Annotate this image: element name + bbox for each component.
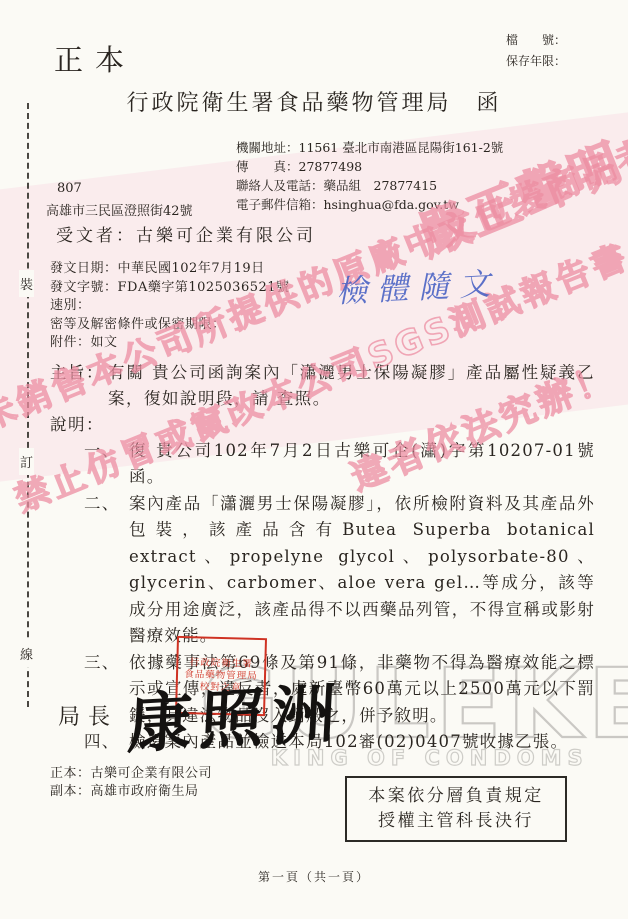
description-item-number: 四、 xyxy=(84,729,129,756)
document-page: GULEKE KING OF CONDOMS 嚴正聲明 未銷售本公司所提供的原廠… xyxy=(0,0,628,919)
binding-margin-line xyxy=(27,103,29,707)
attachment-line: 附件：如文 xyxy=(50,334,595,353)
subject-text: 有關 貴公司函詢案內「瀟灑男士保陽凝膠」產品屬性疑義乙案，復如說明段，請 查照。 xyxy=(108,360,595,412)
director-title-label: 局長 xyxy=(58,700,118,731)
issue-date-line: 發文日期：中華民國102年7月19日 xyxy=(50,260,595,279)
approval-line: 本案依分層負責規定 xyxy=(355,784,557,809)
description-item-number: 一、 xyxy=(84,438,129,491)
agency-contact-line: 聯絡人及電話：藥品組 27877415 xyxy=(236,176,503,195)
document-title: 行政院衛生署食品藥物管理局 函 xyxy=(0,86,628,117)
approval-line: 授權主管科長決行 xyxy=(355,809,557,834)
copy-type-label: 正本 xyxy=(54,38,136,79)
binding-char-ding: 訂 xyxy=(19,448,34,475)
agency-address-line: 機關地址：11561 臺北市南港區昆陽街161-2號 xyxy=(236,138,503,157)
description-item-number: 二、 xyxy=(84,491,129,650)
doc-number-line: 發文字號：FDA藥字第1025036521號 xyxy=(50,279,595,298)
secrecy-line: 密等及解密條件或保密期限： xyxy=(50,316,595,335)
file-number-label: 檔 號： xyxy=(506,30,566,51)
file-number-block: 檔 號： 保存年限： xyxy=(506,30,566,72)
description-item: 二、 案內產品「瀟灑男士保陽凝膠」，依所檢附資料及其產品外包裝，該產品含有But… xyxy=(50,491,595,650)
recipient-zip: 807 xyxy=(57,181,82,196)
approval-delegation-box: 本案依分層負責規定 授權主管科長決行 xyxy=(345,776,567,842)
subject-section: 主旨： 有關 貴公司函詢案內「瀟灑男士保陽凝膠」產品屬性疑義乙案，復如說明段，請… xyxy=(50,360,595,412)
agency-email-line: 電子郵件信箱：hsinghua@fda.gov.tw xyxy=(236,195,503,214)
recipient-line: 受文者：古樂可企業有限公司 xyxy=(56,221,316,246)
subject-label: 主旨： xyxy=(50,360,108,412)
agency-fax-line: 傳 真：27877498 xyxy=(236,157,503,176)
recipient-address: 高雄市三民區澄照街42號 xyxy=(46,200,193,219)
binding-char-xian: 線 xyxy=(19,640,34,667)
director-signature: 康照洲 xyxy=(126,662,347,766)
handwritten-note: 檢體隨文 xyxy=(335,258,501,312)
binding-char-zhuang: 裝 xyxy=(19,270,34,297)
agency-contact-block: 機關地址：11561 臺北市南港區昆陽街161-2號 傳 真：27877498 … xyxy=(236,138,503,214)
description-item: 一、 復 貴公司102年7月2日古樂可企(瀟)字第10207-01號函。 xyxy=(50,438,595,491)
retention-period-label: 保存年限： xyxy=(506,51,566,72)
description-item-text: 復 貴公司102年7月2日古樂可企(瀟)字第10207-01號函。 xyxy=(129,438,595,491)
speed-class-line: 速別： xyxy=(50,297,595,316)
page-number-footer: 第一頁（共一頁） xyxy=(0,868,628,885)
description-item-text: 案內產品「瀟灑男士保陽凝膠」，依所檢附資料及其產品外包裝，該產品含有Butea … xyxy=(129,491,595,650)
description-label: 說明： xyxy=(50,412,595,438)
